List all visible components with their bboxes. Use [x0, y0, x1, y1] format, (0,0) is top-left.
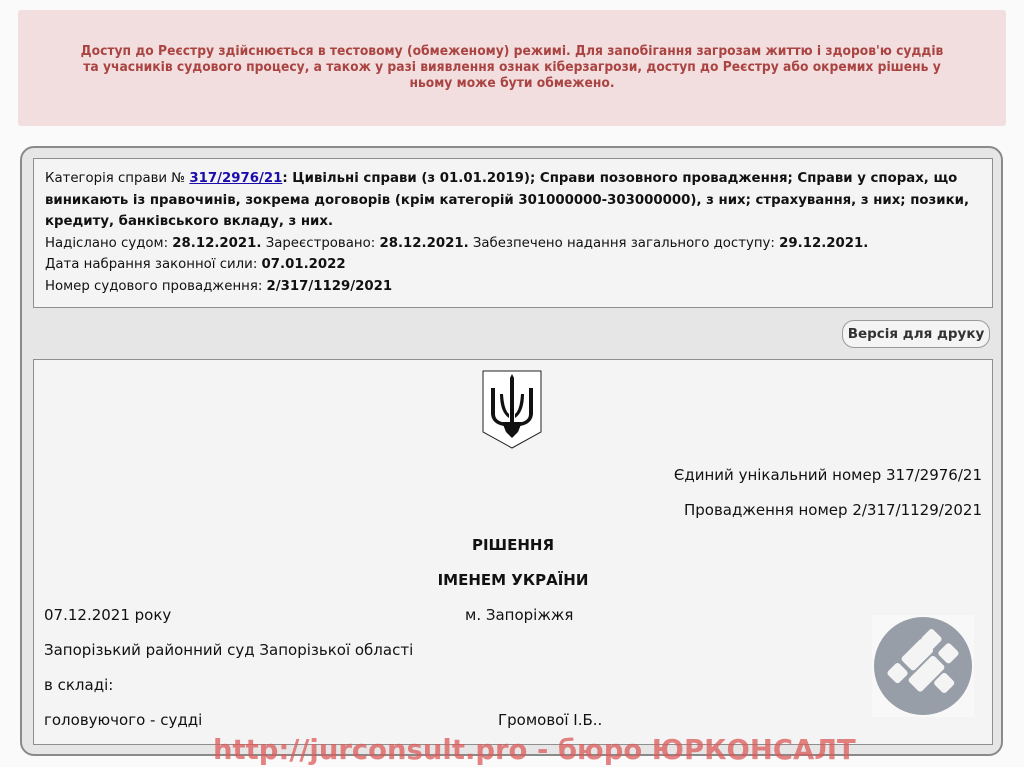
category-label: Категорія справи №	[45, 171, 189, 186]
proceeding-label: Номер судового провадження:	[45, 279, 267, 294]
sent-label: Надіслано судом:	[45, 236, 172, 251]
decision-city: м. Запоріжжя	[465, 606, 573, 624]
access-label: Забезпечено надання загального доступу:	[469, 236, 780, 251]
presiding-name: Громової І.Б..	[498, 711, 602, 729]
access-warning-text: Доступ до Реєстру здійснюється в тестово…	[72, 44, 952, 92]
effective-label: Дата набрання законної сили:	[45, 257, 262, 272]
effective-date-row: Дата набрання законної сили: 07.01.2022	[45, 254, 981, 276]
puzzle-logo-icon	[872, 615, 974, 717]
access-date: 29.12.2021.	[779, 236, 868, 251]
sent-date: 28.12.2021.	[172, 236, 261, 251]
print-version-button[interactable]: Версія для друку	[842, 320, 990, 348]
case-info-box: Категорія справи № 317/2976/21: Цивільні…	[33, 158, 993, 308]
decision-panel: Категорія справи № 317/2976/21: Цивільні…	[20, 146, 1003, 756]
decision-document: Єдиний унікальний номер 317/2976/21 Пров…	[33, 359, 993, 745]
registered-date: 28.12.2021.	[379, 236, 468, 251]
registered-label: Зареєстровано:	[261, 236, 379, 251]
composition-label: в складі:	[44, 676, 113, 694]
court-name: Запорізький районний суд Запорізької обл…	[44, 641, 413, 659]
document-title: РІШЕННЯ	[34, 536, 992, 554]
proceeding-row: Номер судового провадження: 2/317/1129/2…	[45, 276, 981, 298]
effective-date: 07.01.2022	[262, 257, 346, 272]
watermark: http://jurconsult.pro - бюро ЮРКОНСАЛТ	[213, 733, 821, 766]
case-number-link[interactable]: 317/2976/21	[189, 171, 282, 186]
presiding-label: головуючого - судді	[44, 711, 202, 729]
case-dates: Надіслано судом: 28.12.2021. Зареєстрова…	[45, 233, 981, 255]
decision-date: 07.12.2021 року	[44, 606, 171, 624]
case-category: Категорія справи № 317/2976/21: Цивільні…	[45, 168, 981, 233]
proceeding-number: 2/317/1129/2021	[267, 279, 393, 294]
unique-number: Єдиний унікальний номер 317/2976/21	[674, 466, 982, 484]
document-subtitle: ІМЕНЕМ УКРАЇНИ	[34, 571, 992, 589]
access-warning-banner: Доступ до Реєстру здійснюється в тестово…	[18, 10, 1006, 126]
proceeding-number-text: Провадження номер 2/317/1129/2021	[684, 501, 982, 519]
coat-of-arms-icon	[482, 370, 542, 450]
